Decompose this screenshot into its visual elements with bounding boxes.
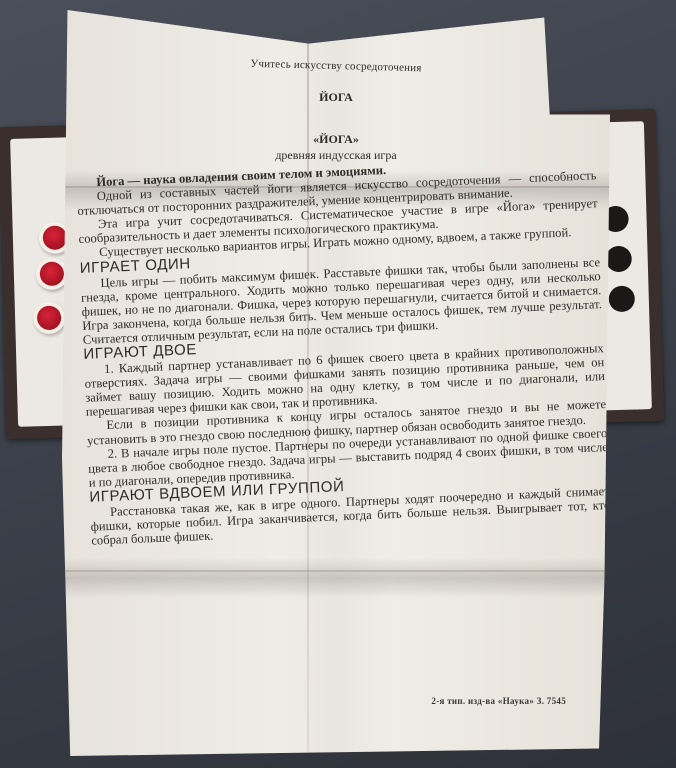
- game-title: «ЙОГА»: [62, 132, 610, 147]
- leaflet-content: Учитесь искусству сосредоточения ЙОГА «Й…: [62, 10, 610, 756]
- red-peg[interactable]: [37, 306, 62, 331]
- board-hole[interactable]: [608, 286, 635, 313]
- board-hole[interactable]: [605, 246, 632, 273]
- instruction-leaflet: Учитесь искусству сосредоточения ЙОГА «Й…: [62, 10, 610, 756]
- brand-title: ЙОГА: [62, 90, 610, 105]
- kicker: Учитесь искусству сосредоточения: [62, 53, 610, 79]
- printer-imprint: 2-я тип. изд-ва «Наука» З. 7545: [431, 696, 566, 706]
- red-peg[interactable]: [43, 225, 68, 250]
- red-peg[interactable]: [40, 261, 65, 286]
- body-text: Йога — наука овладения своим телом и эмо…: [76, 154, 611, 548]
